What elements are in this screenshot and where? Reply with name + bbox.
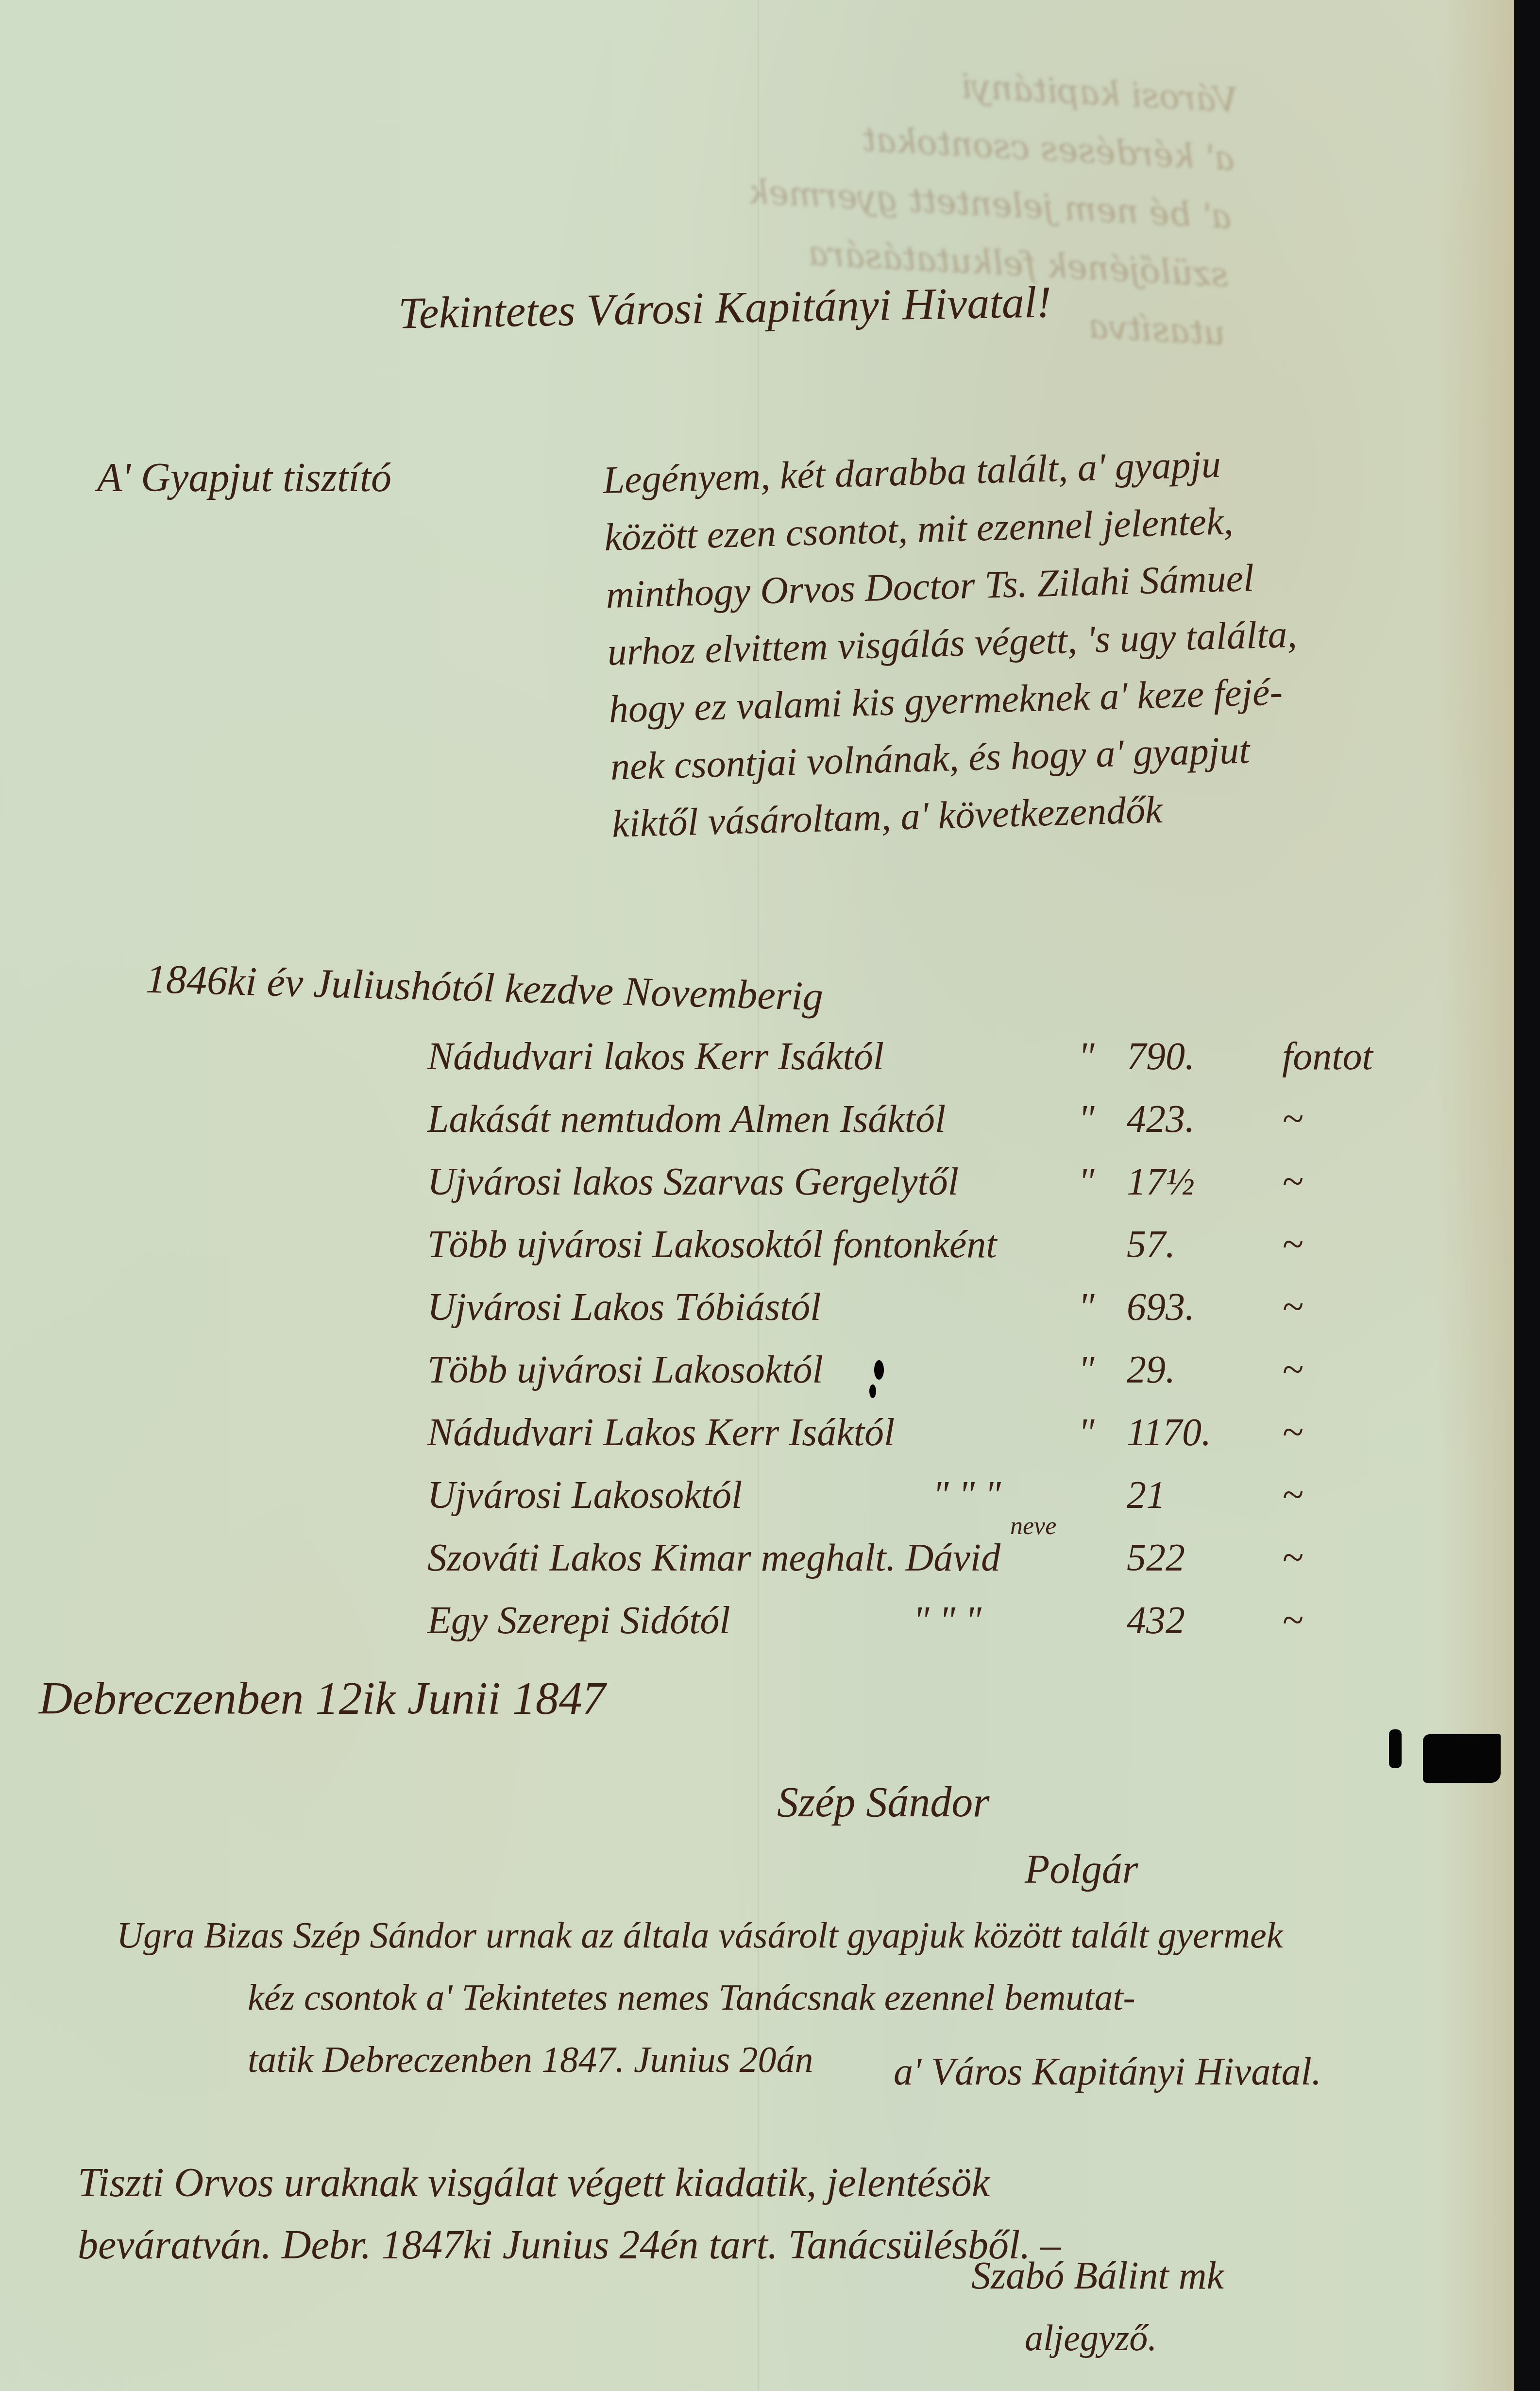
ledger-amount: 17½ <box>1127 1160 1253 1204</box>
ledger-row: Ujvárosi Lakos Tóbiástól " 693. ~ <box>427 1285 1496 1348</box>
body-label: A' Gyapjut tisztító <box>97 454 391 501</box>
ledger-row: Több ujvárosi Lakosoktól fontonként 57. … <box>427 1223 1496 1285</box>
ledger-amount: 522 <box>1127 1536 1253 1580</box>
ledger-source: Ujvárosi Lakosoktól <box>427 1473 742 1518</box>
ink-stain <box>869 1384 876 1398</box>
issuing-office: a' Város Kapitányi Hivatal. <box>894 2050 1321 2094</box>
ledger-unit: ~ <box>1282 1536 1303 1580</box>
ledger-source: Ujvárosi lakos Szarvas Gergelytől <box>427 1160 959 1204</box>
ledger-row: Ujvárosi Lakosoktól " " " 21 ~ <box>427 1473 1496 1536</box>
ledger-unit: ~ <box>1282 1160 1303 1204</box>
ledger-row: Több ujvárosi Lakosoktól " 29. ~ <box>427 1348 1496 1411</box>
ledger-unit: fontot <box>1282 1035 1373 1079</box>
ledger-source: Szováti Lakos Kimar meghalt. Dávid <box>427 1536 1000 1580</box>
wool-purchase-ledger: Nádudvari lakos Kerr Isáktól " 790. font… <box>427 1035 1496 1661</box>
ledger-amount: 57. <box>1127 1223 1253 1267</box>
ledger-amount: 1170. <box>1127 1411 1253 1455</box>
ledger-amount: 432 <box>1127 1599 1253 1643</box>
ledger-ditto: " <box>1078 1348 1095 1392</box>
ledger-row: Nádudvari lakos Kerr Isáktól " 790. font… <box>427 1035 1496 1097</box>
resolution-line: Tiszti Orvos uraknak visgálat végett kia… <box>78 2152 1061 2214</box>
ledger-source: Nádudvari Lakos Kerr Isáktól <box>427 1411 895 1455</box>
ink-blot-mark <box>1389 1729 1402 1768</box>
ink-blot <box>1389 1729 1506 1788</box>
endorsement-line: kéz csontok a' Tekintetes nemes Tanácsna… <box>117 1966 1283 2029</box>
signature-title: aljegyző. <box>1025 2317 1157 2359</box>
ledger-amount: 29. <box>1127 1348 1253 1392</box>
ledger-source: Egy Szerepi Sidótól <box>427 1599 730 1643</box>
signature-title: Polgár <box>1025 1846 1138 1893</box>
ledger-ditto: " " " <box>913 1599 982 1643</box>
ledger-ditto: " <box>1078 1285 1095 1330</box>
signature-szabo-balint: Szabó Bálint mk <box>971 2254 1224 2298</box>
period-heading: 1846ki év Juliushótól kezdve Novemberig <box>145 956 824 1020</box>
ledger-unit: ~ <box>1282 1348 1303 1392</box>
ledger-unit: ~ <box>1282 1599 1303 1643</box>
signature-szep-sandor: Szép Sándor <box>777 1778 990 1827</box>
ledger-amount: 790. <box>1127 1035 1253 1079</box>
ledger-row: Egy Szerepi Sidótól " " " 432 ~ <box>427 1599 1496 1661</box>
ledger-source: Ujvárosi Lakos Tóbiástól <box>427 1285 821 1330</box>
ledger-unit: ~ <box>1282 1097 1303 1142</box>
ledger-source: Nádudvari lakos Kerr Isáktól <box>427 1035 884 1079</box>
ledger-unit: ~ <box>1282 1411 1303 1455</box>
ledger-source: Több ujvárosi Lakosoktól fontonként <box>427 1223 997 1267</box>
ledger-amount: 21 <box>1127 1473 1253 1518</box>
ledger-interlinear-note: neve <box>1010 1512 1056 1540</box>
dateline: Debreczenben 12ik Junii 1847 <box>39 1671 606 1725</box>
ledger-ditto: " <box>1078 1160 1095 1204</box>
council-resolution: Tiszti Orvos uraknak visgálat végett kia… <box>78 2152 1061 2276</box>
ledger-row: neve Szováti Lakos Kimar meghalt. Dávid … <box>427 1536 1496 1599</box>
ledger-unit: ~ <box>1282 1223 1303 1267</box>
ledger-source: Lakását nemtudom Almen Isáktól <box>427 1097 946 1142</box>
resolution-line: beváratván. Debr. 1847ki Junius 24én tar… <box>78 2214 1061 2276</box>
ledger-ditto: " <box>1078 1097 1095 1142</box>
ledger-ditto: " <box>1078 1411 1095 1455</box>
endorsement-line: Ugra Bizas Szép Sándor urnak az általa v… <box>117 1904 1283 1966</box>
ink-blot-mark <box>1423 1734 1501 1783</box>
ledger-source: Több ujvárosi Lakosoktól <box>427 1348 823 1392</box>
ledger-unit: ~ <box>1282 1285 1303 1330</box>
body-paragraph: Legényem, két darabba talált, a' gyapju … <box>602 434 1302 853</box>
ledger-row: Nádudvari Lakos Kerr Isáktól " 1170. ~ <box>427 1411 1496 1473</box>
ledger-row: Lakását nemtudom Almen Isáktól " 423. ~ <box>427 1097 1496 1160</box>
ledger-ditto: " " " <box>932 1473 1001 1518</box>
manuscript-page: Városi kapitányi a' kérdéses csontokat a… <box>0 0 1514 2391</box>
ledger-amount: 693. <box>1127 1285 1253 1330</box>
ledger-row: Ujvárosi lakos Szarvas Gergelytől " 17½ … <box>427 1160 1496 1223</box>
ledger-amount: 423. <box>1127 1097 1253 1142</box>
ledger-unit: ~ <box>1282 1473 1303 1518</box>
ink-stain <box>874 1360 884 1380</box>
ledger-ditto: " <box>1078 1035 1095 1079</box>
